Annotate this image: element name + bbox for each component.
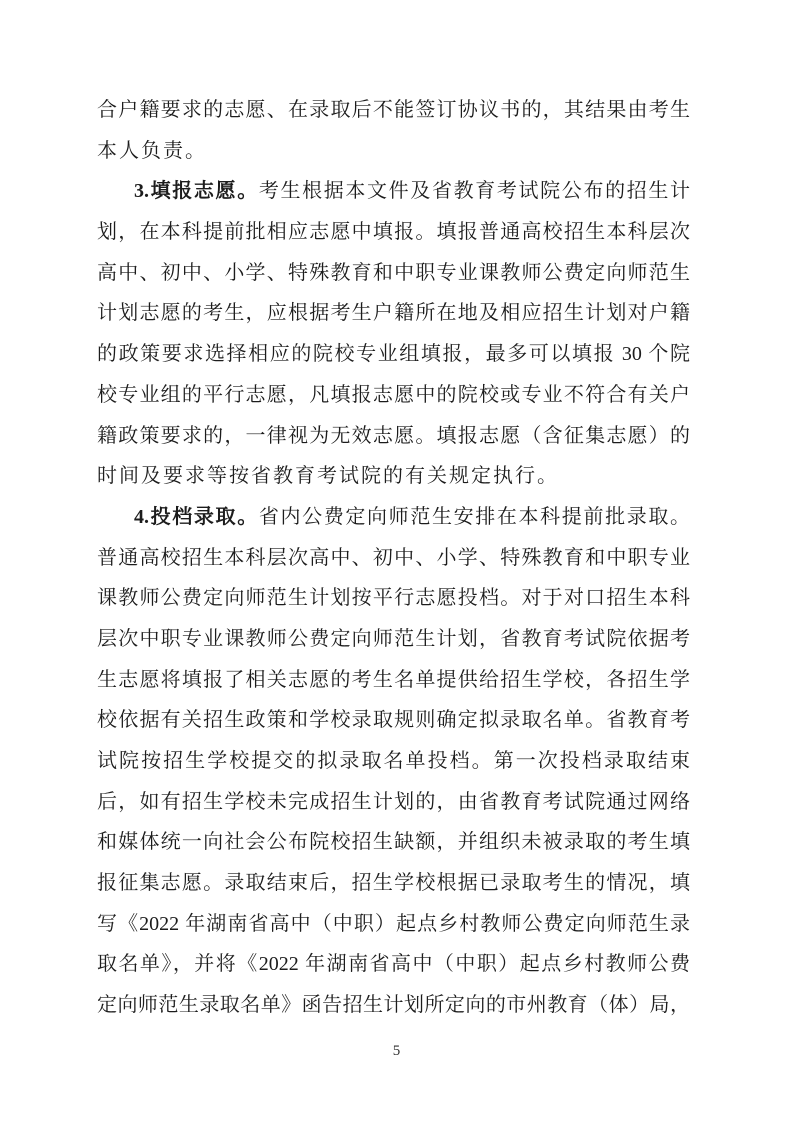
- text-line: 生志愿将填报了相关志愿的考生名单提供给招生学校，各招生学: [97, 660, 690, 701]
- text-line: 写《2022 年湖南省高中（中职）起点乡村教师公费定向师范生录: [97, 904, 690, 945]
- text-line: 普通高校招生本科层次高中、初中、小学、特殊教育和中职专业: [97, 538, 690, 579]
- text-line: 报征集志愿。录取结束后，招生学校根据已录取考生的情况，填: [97, 863, 690, 904]
- document-page: 合户籍要求的志愿、在录取后不能签订协议书的，其结果由考生 本人负责。 3.填报志…: [0, 0, 793, 1122]
- text-line: 籍政策要求的，一律视为无效志愿。填报志愿（含征集志愿）的: [97, 416, 690, 457]
- paragraph-heading: 3.填报志愿。: [134, 180, 259, 202]
- text-line: 划，在本科提前批相应志愿中填报。填报普通高校招生本科层次: [97, 212, 690, 253]
- text-line: 的政策要求选择相应的院校专业组填报，最多可以填报 30 个院: [97, 334, 690, 375]
- text-line: 后，如有招生学校未完成招生计划的，由省教育考试院通过网络: [97, 782, 690, 823]
- text-run: 省内公费定向师范生安排在本科提前批录取。: [259, 506, 690, 528]
- text-line: 和媒体统一向社会公布院校招生缺额，并组织未被录取的考生填: [97, 822, 690, 863]
- paragraph: 合户籍要求的志愿、在录取后不能签订协议书的，其结果由考生 本人负责。: [97, 90, 690, 171]
- text-line: 试院按招生学校提交的拟录取名单投档。第一次投档录取结束: [97, 741, 690, 782]
- text-line: 时间及要求等按省教育考试院的有关规定执行。: [97, 456, 690, 497]
- paragraph: 3.填报志愿。考生根据本文件及省教育考试院公布的招生计 划，在本科提前批相应志愿…: [97, 171, 690, 497]
- text-line: 层次中职专业课教师公费定向师范生计划，省教育考试院依据考: [97, 619, 690, 660]
- text-line: 课教师公费定向师范生计划按平行志愿投档。对于对口招生本科: [97, 578, 690, 619]
- text-run: 考生根据本文件及省教育考试院公布的招生计: [259, 180, 690, 202]
- text-line: 合户籍要求的志愿、在录取后不能签订协议书的，其结果由考生: [97, 90, 690, 131]
- text-line: 高中、初中、小学、特殊教育和中职专业课教师公费定向师范生: [97, 253, 690, 294]
- document-body-text: 合户籍要求的志愿、在录取后不能签订协议书的，其结果由考生 本人负责。 3.填报志…: [97, 90, 690, 1026]
- text-line: 校依据有关招生政策和学校录取规则确定拟录取名单。省教育考: [97, 700, 690, 741]
- text-line: 校专业组的平行志愿，凡填报志愿中的院校或专业不符合有关户: [97, 375, 690, 416]
- text-line: 4.投档录取。省内公费定向师范生安排在本科提前批录取。: [97, 497, 690, 538]
- paragraph-heading: 4.投档录取。: [134, 506, 259, 528]
- text-line: 计划志愿的考生，应根据考生户籍所在地及相应招生计划对户籍: [97, 293, 690, 334]
- text-line: 本人负责。: [97, 131, 690, 172]
- text-line: 3.填报志愿。考生根据本文件及省教育考试院公布的招生计: [97, 171, 690, 212]
- text-line: 取名单》，并将《2022 年湖南省高中（中职）起点乡村教师公费: [97, 944, 690, 985]
- page-number: 5: [0, 1040, 793, 1062]
- text-line: 定向师范生录取名单》函告招生计划所定向的市州教育（体）局，: [97, 985, 690, 1026]
- paragraph: 4.投档录取。省内公费定向师范生安排在本科提前批录取。 普通高校招生本科层次高中…: [97, 497, 690, 1026]
